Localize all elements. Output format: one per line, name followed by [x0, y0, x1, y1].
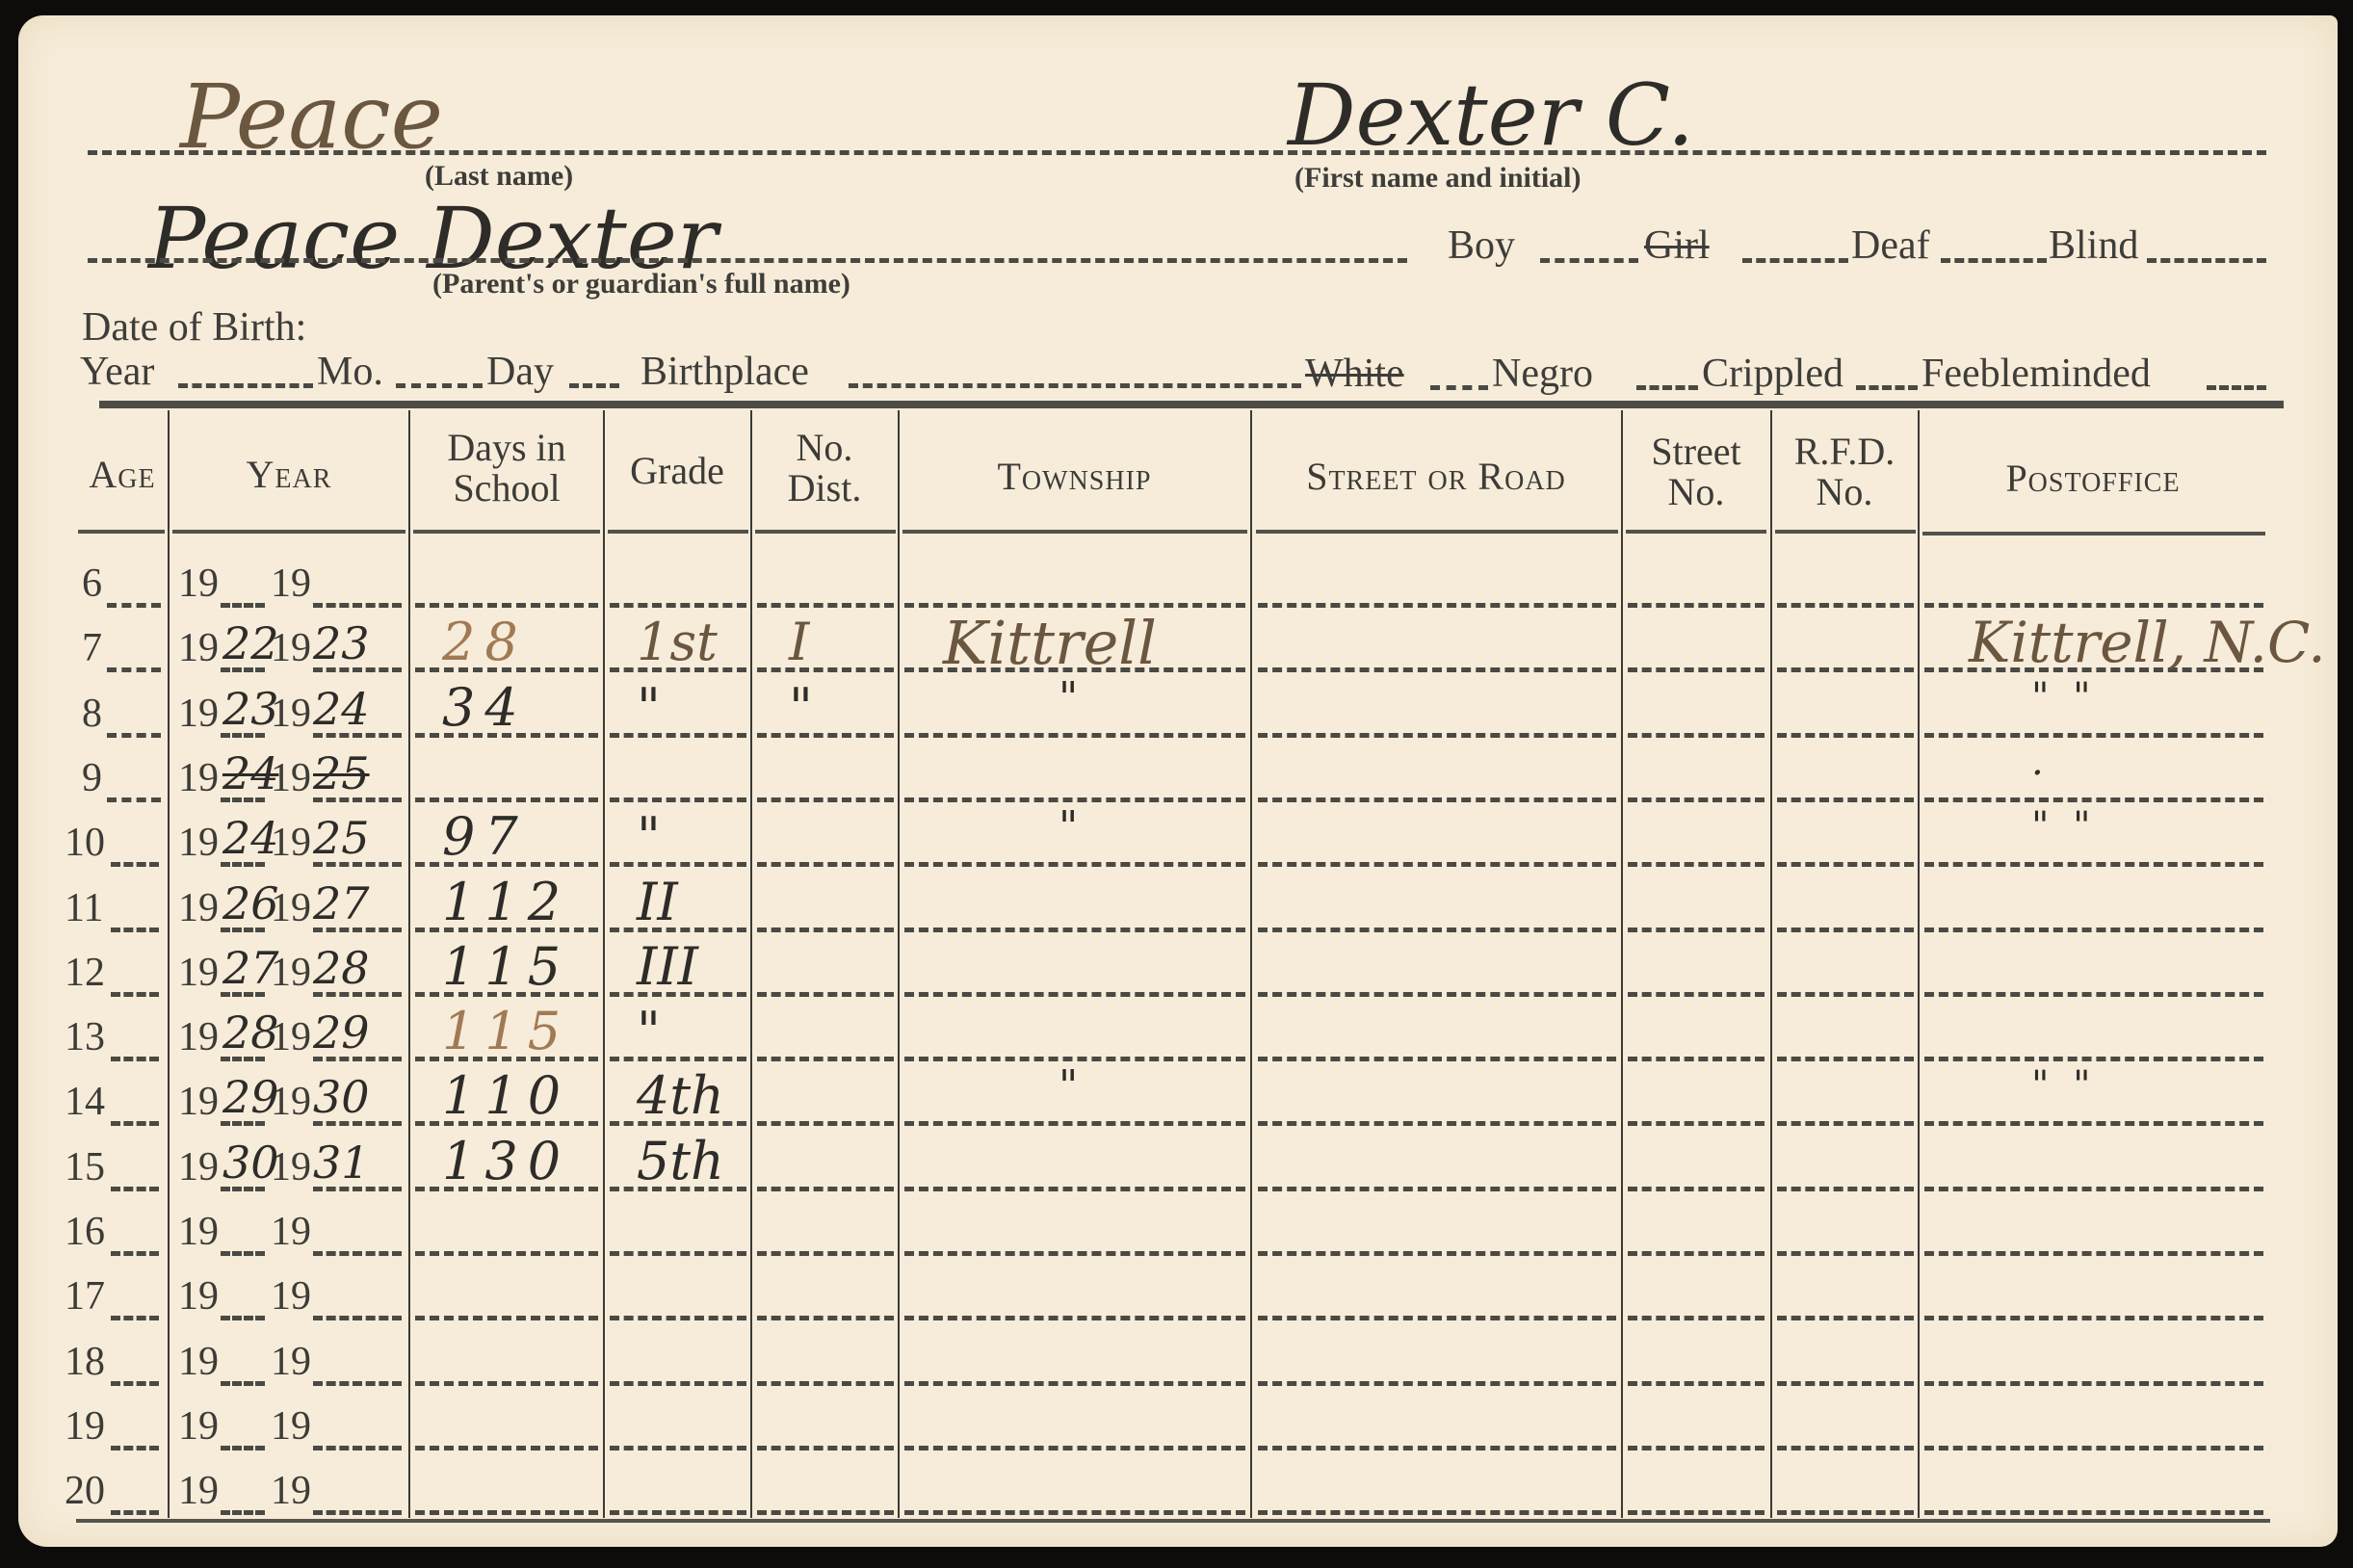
date-of-birth-label: Date of Birth:	[82, 304, 306, 351]
street-road-dash	[1258, 1187, 1616, 1191]
township-value: "	[1059, 1061, 1078, 1111]
dob-year-line	[178, 383, 313, 388]
age-dash	[111, 1446, 159, 1450]
year-end-value: 31	[313, 1137, 370, 1189]
age-dash	[111, 1381, 159, 1386]
col-divider	[750, 410, 752, 1518]
option-negro: Negro	[1492, 351, 1593, 397]
header-underline	[1256, 530, 1618, 534]
township-dash	[904, 1251, 1245, 1256]
age-cell: 6	[82, 561, 102, 607]
year-end-prefix: 19	[271, 1339, 311, 1385]
postoffice-dash	[1924, 1121, 2263, 1126]
year-start-value: 26	[222, 877, 279, 929]
grade-value: II	[637, 872, 678, 932]
option-feebleminded: Feebleminded	[1922, 351, 2151, 397]
header-dist-line2: Dist.	[752, 468, 897, 509]
age-dash	[111, 992, 159, 997]
header-days-line1: Days in	[411, 428, 602, 468]
street-no-dash	[1628, 862, 1765, 867]
year-end-dash	[313, 1510, 402, 1515]
age-cell: 19	[65, 1403, 105, 1450]
grade-dash	[610, 797, 746, 802]
header-postoffice: Postoffice	[1920, 458, 2266, 499]
street-no-dash	[1628, 1251, 1765, 1256]
option-blind: Blind	[2049, 222, 2138, 269]
year-start-dash	[221, 1510, 265, 1515]
dob-year-label: Year	[80, 349, 154, 395]
deaf-line	[1941, 258, 2047, 263]
days-in-school-value: 115	[442, 1001, 570, 1061]
postoffice-dash	[1924, 1446, 2263, 1450]
header-rfd-line2: No.	[1772, 472, 1917, 512]
age-cell: 13	[65, 1014, 105, 1060]
grade-value: "	[637, 677, 661, 738]
year-start-value: 24	[222, 812, 279, 864]
age-dash	[111, 1121, 159, 1126]
rfd-dash	[1777, 797, 1914, 802]
age-dash	[111, 1251, 159, 1256]
year-end-value: 30	[313, 1071, 370, 1123]
header-rfd: R.F.D. No.	[1772, 431, 1917, 512]
parent-name-line	[88, 258, 1407, 263]
dist-dash	[757, 1510, 894, 1515]
age-cell: 9	[82, 755, 102, 801]
year-start-prefix: 19	[178, 691, 219, 737]
days-in-school-value: 34	[442, 677, 528, 738]
year-start-prefix: 19	[178, 1144, 219, 1190]
year-start-prefix: 19	[178, 1079, 219, 1125]
township-value: "	[1059, 673, 1078, 722]
rfd-dash	[1777, 667, 1914, 672]
township-dash	[904, 1446, 1245, 1450]
township-dash	[904, 992, 1245, 997]
grade-value: 1st	[637, 612, 718, 672]
header-underline	[755, 530, 896, 534]
header-underline	[608, 530, 748, 534]
days-dash	[415, 1316, 598, 1320]
days-dash	[415, 1251, 598, 1256]
age-cell: 20	[65, 1468, 105, 1514]
postoffice-dash	[1924, 1316, 2263, 1320]
year-start-value: 22	[222, 617, 279, 669]
street-road-dash	[1258, 1057, 1616, 1061]
bottom-rule	[76, 1519, 2270, 1523]
postoffice-dash	[1924, 992, 2263, 997]
postoffice-value: Kittrell, N.C.	[1969, 610, 2326, 675]
age-cell: 8	[82, 691, 102, 737]
header-street-no-line2: No.	[1623, 472, 1769, 512]
col-divider	[898, 410, 900, 1518]
township-dash	[904, 1121, 1245, 1126]
rfd-dash	[1777, 1121, 1914, 1126]
days-in-school-value: 28	[442, 612, 528, 672]
year-start-prefix: 19	[178, 820, 219, 866]
blind-line	[2147, 258, 2266, 263]
rfd-dash	[1777, 603, 1914, 608]
age-cell: 14	[65, 1079, 105, 1125]
age-cell: 12	[65, 950, 105, 996]
header-underline	[413, 530, 600, 534]
grade-value: 5th	[637, 1131, 724, 1191]
rfd-dash	[1777, 1187, 1914, 1191]
year-end-prefix: 19	[271, 1273, 311, 1320]
township-value: Kittrell	[943, 608, 1157, 678]
option-white: White	[1305, 351, 1404, 397]
year-end-value: 28	[313, 942, 370, 994]
year-start-value: 30	[222, 1137, 279, 1189]
header-underline	[1775, 530, 1916, 534]
age-cell: 7	[82, 625, 102, 671]
postoffice-value: .	[2031, 740, 2050, 784]
rfd-dash	[1777, 1381, 1914, 1386]
grade-dash	[610, 603, 746, 608]
year-start-dash	[221, 1251, 265, 1256]
dist-dash	[757, 1381, 894, 1386]
year-end-prefix: 19	[271, 1468, 311, 1514]
header-underline	[1626, 530, 1766, 534]
header-underline	[172, 530, 405, 534]
year-end-value: 29	[313, 1006, 370, 1058]
age-dash	[107, 667, 161, 672]
street-road-dash	[1258, 1510, 1616, 1515]
header-rfd-line1: R.F.D.	[1772, 431, 1917, 472]
days-in-school-value: 112	[442, 872, 570, 932]
dist-dash	[757, 1446, 894, 1450]
street-road-dash	[1258, 862, 1616, 867]
white-line	[1430, 385, 1488, 390]
grade-dash	[610, 733, 746, 738]
township-dash	[904, 733, 1245, 738]
rfd-dash	[1777, 862, 1914, 867]
col-divider	[1918, 410, 1920, 1518]
dist-dash	[757, 667, 894, 672]
street-no-dash	[1628, 603, 1765, 608]
rfd-dash	[1777, 928, 1914, 932]
grade-value: "	[637, 1001, 661, 1061]
boy-line	[1540, 258, 1638, 263]
negro-line	[1636, 385, 1698, 390]
age-dash	[107, 733, 161, 738]
grade-dash	[610, 1446, 746, 1450]
year-start-value: 23	[222, 683, 279, 735]
header-age: Age	[78, 455, 167, 495]
header-separator	[99, 401, 2284, 408]
age-cell: 18	[65, 1339, 105, 1385]
year-start-prefix: 19	[178, 1468, 219, 1514]
year-start-value: 28	[222, 1006, 279, 1058]
age-cell: 11	[65, 885, 103, 931]
days-dash	[415, 797, 598, 802]
township-dash	[904, 1381, 1245, 1386]
grade-dash	[610, 928, 746, 932]
district-value: I	[789, 612, 809, 672]
year-start-value: 24	[222, 747, 279, 799]
grade-dash	[610, 1510, 746, 1515]
age-cell: 10	[65, 820, 105, 866]
street-no-dash	[1628, 1316, 1765, 1320]
header-township: Township	[900, 457, 1249, 497]
year-end-prefix: 19	[271, 561, 311, 607]
header-grade: Grade	[605, 451, 749, 491]
option-girl: Girl	[1644, 222, 1710, 269]
year-end-prefix: 19	[271, 1209, 311, 1255]
street-no-dash	[1628, 1381, 1765, 1386]
year-end-dash	[313, 1446, 402, 1450]
header-underline	[78, 530, 165, 534]
dist-dash	[757, 1251, 894, 1256]
rfd-dash	[1777, 992, 1914, 997]
postoffice-dash	[1924, 603, 2263, 608]
birthplace-label: Birthplace	[641, 349, 809, 395]
year-start-dash	[221, 1381, 265, 1386]
township-dash	[904, 1316, 1245, 1320]
header-street-no-line1: Street	[1623, 431, 1769, 472]
grade-value: "	[637, 806, 661, 867]
year-start-prefix: 19	[178, 755, 219, 801]
year-start-prefix: 19	[178, 1273, 219, 1320]
age-dash	[111, 862, 159, 867]
rfd-dash	[1777, 1057, 1914, 1061]
street-road-dash	[1258, 928, 1616, 932]
age-dash	[111, 928, 159, 932]
street-no-dash	[1628, 797, 1765, 802]
option-boy: Boy	[1448, 222, 1515, 269]
postoffice-value: " "	[2031, 1063, 2097, 1108]
street-no-dash	[1628, 1057, 1765, 1061]
street-road-dash	[1258, 1121, 1616, 1126]
year-start-prefix: 19	[178, 1339, 219, 1385]
dist-dash	[757, 733, 894, 738]
option-crippled: Crippled	[1702, 351, 1843, 397]
year-end-value: 27	[313, 877, 370, 929]
year-start-value: 29	[222, 1071, 279, 1123]
year-end-value: 24	[313, 683, 370, 735]
street-no-dash	[1628, 992, 1765, 997]
postoffice-dash	[1924, 733, 2263, 738]
first-name-label: (First name and initial)	[1294, 162, 1582, 195]
col-divider	[603, 410, 605, 1518]
days-in-school-value: 130	[442, 1131, 570, 1191]
dob-day-line	[569, 383, 619, 388]
dist-dash	[757, 603, 894, 608]
age-cell: 17	[65, 1273, 105, 1320]
street-road-dash	[1258, 1251, 1616, 1256]
rfd-dash	[1777, 1510, 1914, 1515]
year-start-value: 27	[222, 942, 279, 994]
option-deaf: Deaf	[1851, 222, 1930, 269]
postoffice-value: " "	[2031, 675, 2097, 719]
header-days-line2: School	[411, 468, 602, 509]
year-end-dash	[313, 1316, 402, 1320]
postoffice-dash	[1924, 1251, 2263, 1256]
year-start-prefix: 19	[178, 1403, 219, 1450]
district-value: "	[789, 677, 813, 738]
grade-dash	[610, 862, 746, 867]
year-start-prefix: 19	[178, 950, 219, 996]
first-name-value: Dexter C.	[1288, 65, 1694, 165]
year-end-value: 25	[313, 812, 370, 864]
grade-value: III	[637, 936, 698, 997]
grade-dash	[610, 1316, 746, 1320]
year-end-dash	[313, 1381, 402, 1386]
street-no-dash	[1628, 1510, 1765, 1515]
school-census-card: Peace (Last name) Dexter C. (First name …	[18, 15, 2338, 1547]
header-underline	[1922, 532, 2265, 536]
year-start-prefix: 19	[178, 1014, 219, 1060]
col-divider	[1621, 410, 1623, 1518]
township-dash	[904, 862, 1245, 867]
year-start-dash	[221, 603, 265, 608]
year-start-dash	[221, 1446, 265, 1450]
year-end-dash	[313, 603, 402, 608]
township-dash	[904, 1510, 1245, 1515]
grade-value: 4th	[637, 1065, 724, 1126]
header-dist-line1: No.	[752, 428, 897, 468]
township-value: "	[1059, 802, 1078, 851]
street-no-dash	[1628, 667, 1765, 672]
postoffice-dash	[1924, 797, 2263, 802]
age-dash	[107, 797, 161, 802]
street-road-dash	[1258, 1446, 1616, 1450]
dist-dash	[757, 1121, 894, 1126]
street-road-dash	[1258, 603, 1616, 608]
age-dash	[111, 1510, 159, 1515]
rfd-dash	[1777, 1316, 1914, 1320]
year-start-dash	[221, 1316, 265, 1320]
age-dash	[107, 603, 161, 608]
township-dash	[904, 1187, 1245, 1191]
age-cell: 15	[65, 1144, 105, 1190]
days-in-school-value: 97	[442, 806, 528, 867]
col-divider	[1770, 410, 1772, 1518]
street-no-dash	[1628, 1446, 1765, 1450]
days-in-school-value: 110	[442, 1065, 570, 1126]
rfd-dash	[1777, 733, 1914, 738]
street-road-dash	[1258, 797, 1616, 802]
grade-dash	[610, 1057, 746, 1061]
col-divider	[1250, 410, 1252, 1518]
postoffice-dash	[1924, 1057, 2263, 1061]
last-name-label: (Last name)	[425, 160, 573, 193]
header-dist: No. Dist.	[752, 428, 897, 509]
street-road-dash	[1258, 992, 1616, 997]
header-underline	[902, 530, 1247, 534]
header-street-no: Street No.	[1623, 431, 1769, 512]
township-dash	[904, 928, 1245, 932]
dob-month-label: Mo.	[317, 349, 383, 395]
days-dash	[415, 603, 598, 608]
postoffice-dash	[1924, 928, 2263, 932]
postoffice-value: " "	[2031, 804, 2097, 849]
rfd-dash	[1777, 1446, 1914, 1450]
street-road-dash	[1258, 1381, 1616, 1386]
col-divider	[408, 410, 410, 1518]
grade-dash	[610, 1381, 746, 1386]
header-street-road: Street or Road	[1252, 457, 1620, 497]
year-end-value: 25	[313, 747, 370, 799]
dist-dash	[757, 1316, 894, 1320]
last-first-name-line	[88, 150, 2266, 155]
dist-dash	[757, 928, 894, 932]
header-days: Days in School	[411, 428, 602, 509]
year-start-prefix: 19	[178, 1209, 219, 1255]
postoffice-dash	[1924, 1381, 2263, 1386]
birthplace-line	[849, 383, 1301, 388]
age-dash	[111, 1316, 159, 1320]
feebleminded-line	[2207, 385, 2266, 390]
days-dash	[415, 1381, 598, 1386]
col-divider	[168, 410, 170, 1518]
days-dash	[415, 1510, 598, 1515]
dist-dash	[757, 862, 894, 867]
street-no-dash	[1628, 733, 1765, 738]
age-cell: 16	[65, 1209, 105, 1255]
rfd-dash	[1777, 1251, 1914, 1256]
header-year: Year	[170, 455, 407, 495]
street-road-dash	[1258, 667, 1616, 672]
dob-day-label: Day	[486, 349, 554, 395]
grade-dash	[610, 1251, 746, 1256]
girl-line	[1742, 258, 1848, 263]
age-dash	[111, 1057, 159, 1061]
dist-dash	[757, 1187, 894, 1191]
days-dash	[415, 1446, 598, 1450]
dist-dash	[757, 797, 894, 802]
age-dash	[111, 1187, 159, 1191]
parent-name-label: (Parent's or guardian's full name)	[432, 268, 850, 301]
postoffice-dash	[1924, 1187, 2263, 1191]
street-road-dash	[1258, 733, 1616, 738]
street-no-dash	[1628, 928, 1765, 932]
year-start-prefix: 19	[178, 561, 219, 607]
street-road-dash	[1258, 1316, 1616, 1320]
days-in-school-value: 115	[442, 936, 570, 997]
dist-dash	[757, 1057, 894, 1061]
postoffice-dash	[1924, 1510, 2263, 1515]
street-no-dash	[1628, 1187, 1765, 1191]
crippled-line	[1856, 385, 1918, 390]
street-no-dash	[1628, 1121, 1765, 1126]
dob-month-line	[396, 383, 483, 388]
year-start-prefix: 19	[178, 885, 219, 931]
year-end-value: 23	[313, 617, 370, 669]
year-start-prefix: 19	[178, 625, 219, 671]
year-end-dash	[313, 1251, 402, 1256]
postoffice-dash	[1924, 862, 2263, 867]
year-end-prefix: 19	[271, 1403, 311, 1450]
dist-dash	[757, 992, 894, 997]
